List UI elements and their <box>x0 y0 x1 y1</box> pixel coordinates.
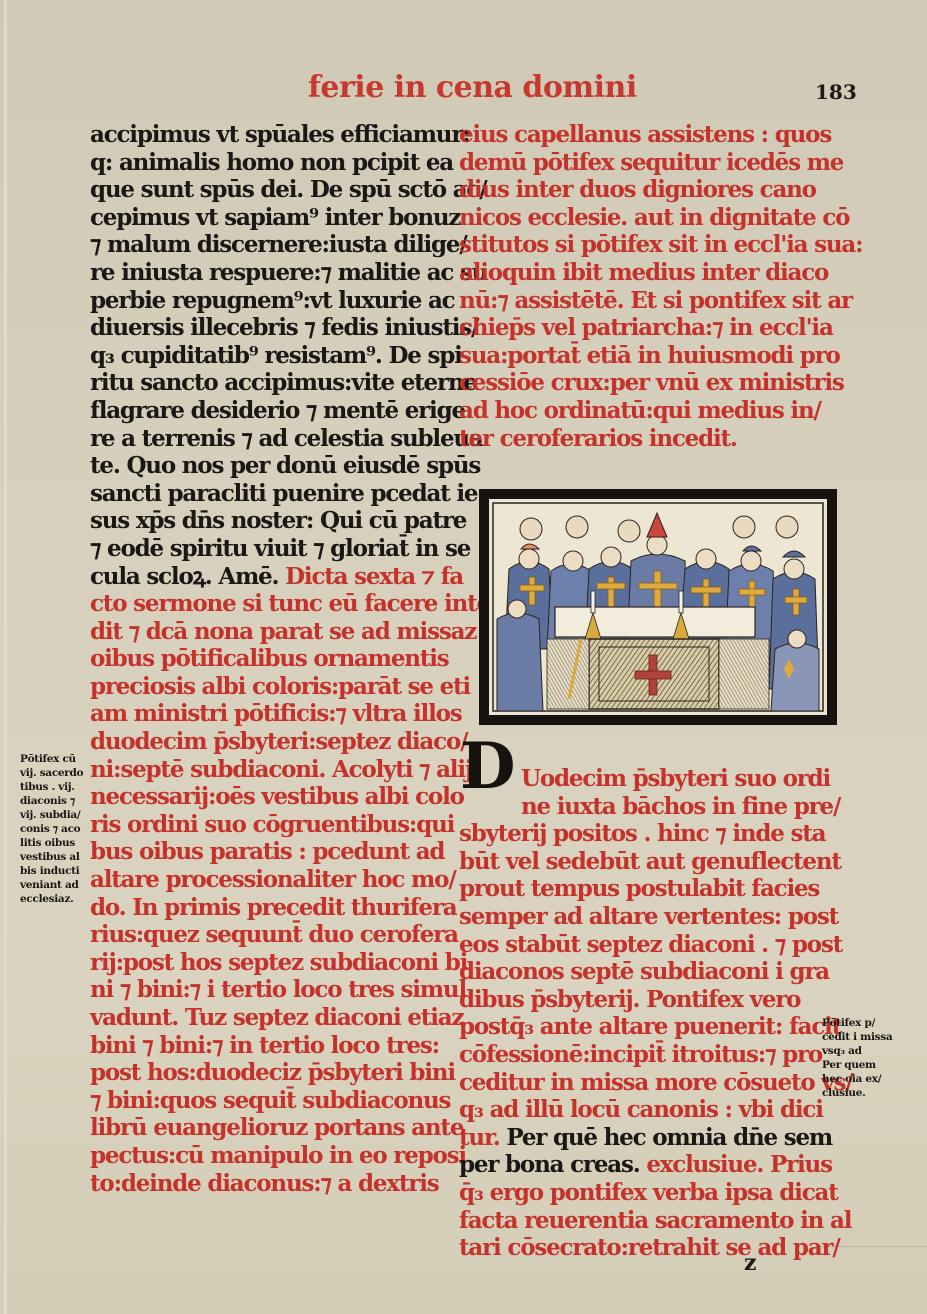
altar-scene-icon <box>489 499 827 715</box>
text-line: post hos:duodeciz p̄sbyteri bini <box>90 1059 440 1087</box>
margin-note-line: cedit i missa <box>822 1030 892 1044</box>
text-line: facta reuerentia sacramento in al <box>459 1207 849 1235</box>
margin-note-line: clusiue. <box>822 1086 892 1100</box>
text-line: dibus p̄sbyterij. Pontifex vero <box>459 986 849 1014</box>
text-line: re a terrenis ⁊ ad celestia subleua <box>90 425 440 453</box>
text-line: pectus:cū manipulo in eo reposi <box>90 1142 440 1170</box>
text-line: sbyterij positos . hinc ⁊ inde sta <box>459 820 849 848</box>
text-segment: per bona creas. <box>459 1151 646 1178</box>
text-line: necessarij:oēs vestibus albi colo <box>90 783 440 811</box>
text-line: nū:⁊ assistētē. Et si pontifex sit ar <box>459 287 849 315</box>
text-line: cula scloꝝ. Amē. Dicta sexta ⁊ fa <box>90 563 440 591</box>
text-line: rius:quez sequunt̄ duo cerofera <box>90 921 440 949</box>
text-line: cōfessionē:incipit̄ itroitus:⁊ pro <box>459 1041 849 1069</box>
margin-note-line: ecclesiaz. <box>20 892 83 906</box>
margin-note-line: conis ⁊ aco <box>20 822 83 836</box>
text-line: ni ⁊ bini:⁊ i tertio loco tres simul <box>90 976 440 1004</box>
text-line: semper ad altare vertentes: post <box>459 903 849 931</box>
text-line: q₃ cupiditatib⁹ resistam⁹. De spi <box>90 342 440 370</box>
margin-note-line: litis oibus <box>20 836 83 850</box>
right-text-column-bottom: Uodecim p̄sbyteri suo ordine iuxta bācho… <box>459 765 849 1262</box>
text-line: dit ⁊ dcā nona parat se ad missaz <box>90 618 440 646</box>
text-line: ⁊ bini:quos sequit̄ subdiaconus <box>90 1087 440 1115</box>
text-line: librū euangelioruz portans ante <box>90 1114 440 1142</box>
text-line: duodecim p̄sbyteri:septez diaco/ <box>90 728 440 756</box>
text-line: flagrare desiderio ⁊ mentē erige <box>90 397 440 425</box>
text-line: būt vel sedebūt aut genuflectent <box>459 848 849 876</box>
text-line: oibus pōtificalibus ornamentis <box>90 645 440 673</box>
text-line: dius inter duos digniores cano <box>459 176 849 204</box>
text-segment: cula scloꝝ. Amē. <box>90 563 285 590</box>
text-line: ritu sancto accipimus:vite eterne <box>90 369 440 397</box>
running-title: ferie in cena domini <box>308 70 637 105</box>
woodcut-scene <box>489 499 827 715</box>
text-line: ris ordini suo cōgruentibus:qui <box>90 811 440 839</box>
text-line: preciosis albi coloris:parāt se eti <box>90 673 440 701</box>
text-line: sus xp̄s dn̄s noster: Qui cū patre <box>90 507 440 535</box>
text-line: bus oibus paratis : pcedunt ad <box>90 838 440 866</box>
text-line: nicos ecclesie. aut in dignitate cō <box>459 204 849 232</box>
text-line: q₃ ad illū locū canonis : vbi dici <box>459 1096 849 1124</box>
text-line: do. In primis precedit thurifera <box>90 894 440 922</box>
text-line: q: animalis homo non pcipit ea <box>90 149 440 177</box>
text-line: eos stabūt septez diaconi . ⁊ post <box>459 931 849 959</box>
text-line: vadunt. Tuz septez diaconi etiaz <box>90 1004 440 1032</box>
left-margin-note: Pōtifex cūvij. sacerdotibus . vij.diacon… <box>20 752 83 906</box>
text-line: perbie repugnem⁹:vt luxurie ac <box>90 287 440 315</box>
text-line: ad hoc ordinatū:qui medius in/ <box>459 397 849 425</box>
page-edge <box>4 0 7 1314</box>
text-line: ne iuxta bāchos in fine pre/ <box>459 793 849 821</box>
margin-note-line: Per quem <box>822 1058 892 1072</box>
text-line: tur. Per quē hec omnia dn̄e sem <box>459 1124 849 1152</box>
text-line: re iniusta respuere:⁊ malitie ac su <box>90 259 440 287</box>
text-line: rij:post hos septez subdiaconi bi <box>90 949 440 977</box>
text-line: Uodecim p̄sbyteri suo ordi <box>459 765 849 793</box>
text-segment: Dicta sexta ⁊ fa <box>285 563 463 590</box>
margin-note-line: vij. subdia/ <box>20 808 83 822</box>
margin-note-line: diaconis ⁊ <box>20 794 83 808</box>
text-line: to:deinde diaconus:⁊ a dextris <box>90 1170 440 1198</box>
text-segment: Per quē hec omnia dn̄e sem <box>506 1124 832 1151</box>
text-line: alioquin ibit medius inter diaco <box>459 259 849 287</box>
text-line: stitutos si pōtifex sit in eccl'ia sua: <box>459 231 849 259</box>
right-text-column-top: eius capellanus assistens : quosdemū pōt… <box>459 121 849 452</box>
text-line: per bona creas. exclusiue. Prius <box>459 1151 849 1179</box>
text-line: bini ⁊ bini:⁊ in tertio loco tres: <box>90 1032 440 1060</box>
folio-number: 183 <box>815 80 857 104</box>
text-segment: tur. <box>459 1124 506 1151</box>
text-line: diaconos septē subdiaconi i gra <box>459 958 849 986</box>
text-line: ceditur in missa more cōsueto vs/ <box>459 1069 849 1097</box>
catchword: z <box>744 1250 757 1276</box>
text-line: ni:septē subdiaconi. Acolyti ⁊ alij <box>90 756 440 784</box>
left-text-column: accipimus vt spūales efficiamur:q: anima… <box>90 121 440 1197</box>
text-line: prout tempus postulabit facies <box>459 875 849 903</box>
margin-note-line: vsq₃ ad <box>822 1044 892 1058</box>
text-line: altare processionaliter hoc mo/ <box>90 866 440 894</box>
text-line: cto sermone si tunc eū facere intē <box>90 590 440 618</box>
text-line: demū pōtifex sequitur icedēs me <box>459 149 849 177</box>
text-line: ⁊ malum discernere:iusta dilige/ <box>90 231 440 259</box>
text-line: ⁊ eodē spiritu viuit ⁊ gloriat̄ in se <box>90 535 440 563</box>
right-margin-note: Pōtifex p/cedit i missavsq₃ adPer quemhe… <box>822 1016 892 1100</box>
text-line: sancti paracliti puenire pcedat ie <box>90 480 440 508</box>
text-line: te. Quo nos per donū eiusdē spūs <box>90 452 440 480</box>
text-line: cepimus vt sapiam⁹ inter bonuz <box>90 204 440 232</box>
woodcut-illustration <box>479 489 837 725</box>
margin-note-line: tibus . vij. <box>20 780 83 794</box>
text-line: tari cōsecrato:retrahit se ad par/ <box>459 1234 849 1262</box>
margin-note-line: bis inducti <box>20 864 83 878</box>
margin-note-line: vestibus al <box>20 850 83 864</box>
text-line: accipimus vt spūales efficiamur: <box>90 121 440 149</box>
text-line: eius capellanus assistens : quos <box>459 121 849 149</box>
text-line: chiep̄s vel patriarcha:⁊ in eccl'ia <box>459 314 849 342</box>
margin-note-line: vij. sacerdo <box>20 766 83 780</box>
margin-note-line: Pōtifex cū <box>20 752 83 766</box>
text-line: que sunt spūs dei. De spū sctō ac/ <box>90 176 440 204</box>
margin-note-line: hec oia ex/ <box>822 1072 892 1086</box>
text-line: sua:portat̄ etiā in huiusmodi pro <box>459 342 849 370</box>
text-line: q̄₃ ergo pontifex verba ipsa dicat <box>459 1179 849 1207</box>
text-line: diuersis illecebris ⁊ fedis iniustis/ <box>90 314 440 342</box>
text-line: ter ceroferarios incedit. <box>459 425 849 453</box>
text-segment: exclusiue. Prius <box>646 1151 832 1178</box>
margin-note-line: Pōtifex p/ <box>822 1016 892 1030</box>
text-line: postq̄₃ ante altare puenerit: facit <box>459 1013 849 1041</box>
text-line: cessiōe crux:per vnū ex ministris <box>459 369 849 397</box>
margin-note-line: veniant ad <box>20 878 83 892</box>
text-line: am ministri pōtificis:⁊ vltra illos <box>90 700 440 728</box>
